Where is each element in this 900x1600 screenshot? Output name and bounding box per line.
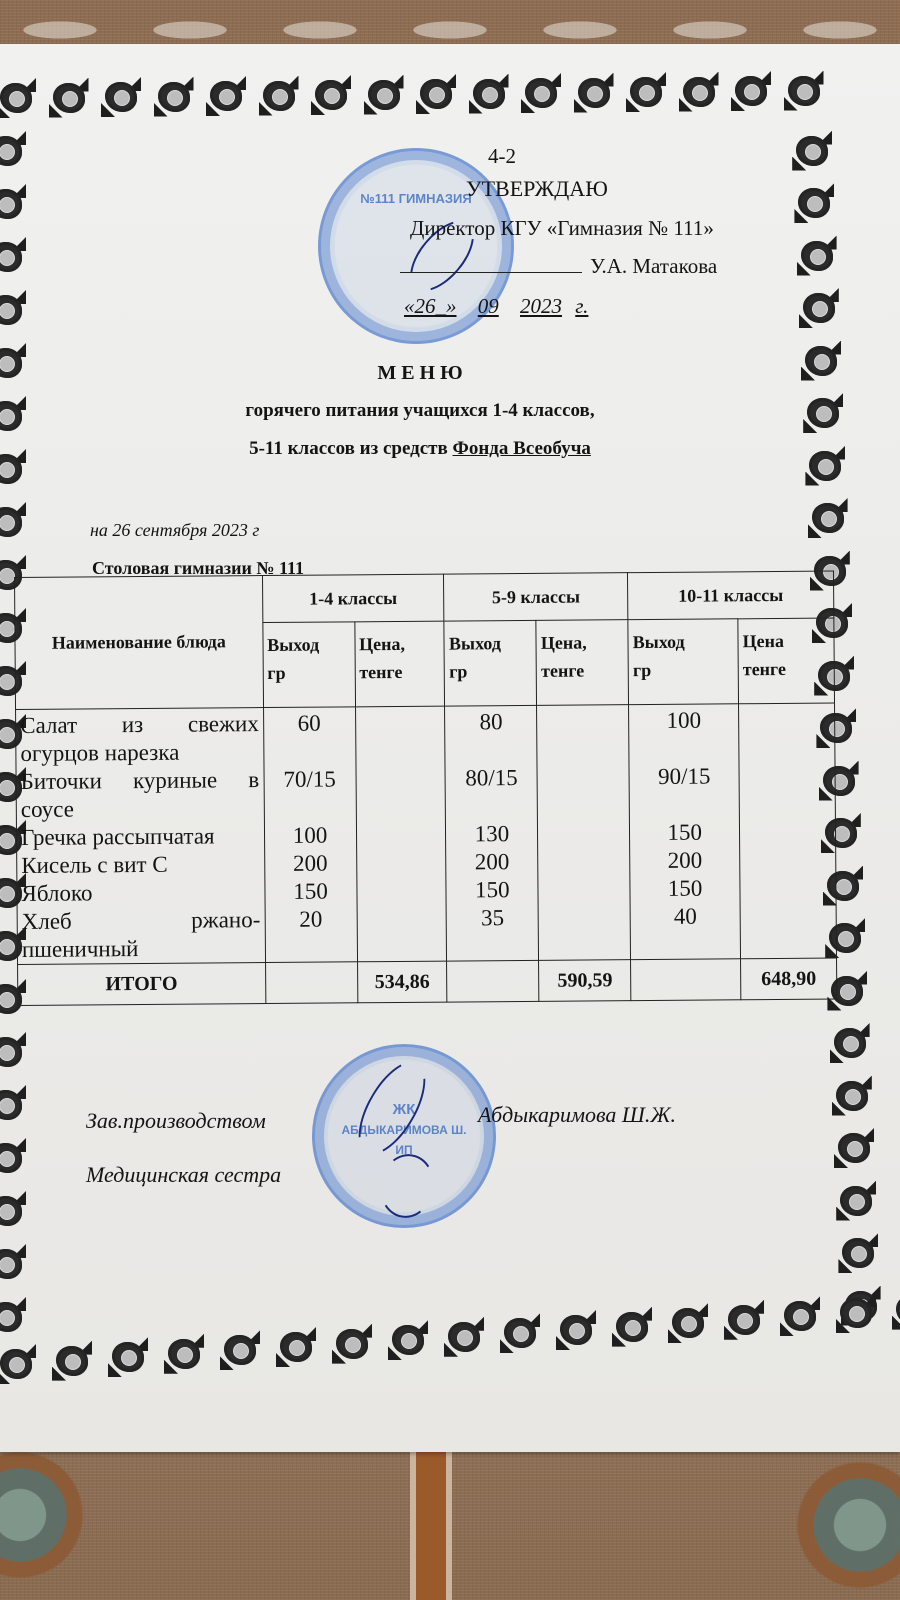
yields-10-11: 100 90/15 15020015040 (629, 704, 741, 960)
dish-name-line: пшеничный (22, 934, 261, 964)
yield-header: Выходгр (628, 619, 739, 705)
border-flower-icon (808, 498, 848, 538)
border-flower-icon (556, 1310, 596, 1350)
production-head-label: Зав.производством (86, 1108, 266, 1134)
border-flower-icon (49, 78, 89, 118)
menu-subtitle-1: горячего питания учащихся 1-4 классов, (0, 400, 840, 422)
border-flower-icon (521, 73, 561, 113)
approve-heading: УТВЕРЖДАЮ (466, 176, 608, 202)
prices-5-9 (537, 705, 631, 961)
border-flower-icon (332, 1324, 372, 1364)
dish-yield (451, 932, 534, 961)
dish-name-header: Наименование блюда (15, 576, 264, 710)
dish-yield: 40 (635, 902, 736, 931)
total-price-1-4: 534,86 (357, 961, 447, 1003)
border-flower-icon (0, 131, 26, 171)
border-flower-icon (679, 72, 719, 112)
border-flower-icon (0, 290, 26, 330)
border-flower-icon (574, 73, 614, 113)
border-flower-icon (724, 1300, 764, 1340)
border-flower-icon (154, 77, 194, 117)
dish-yield: 200 (451, 848, 534, 877)
dish-name-line: Биточки куриные в (20, 766, 259, 796)
dish-yield: 80/15 (450, 764, 533, 793)
dish-names-cell: Салат из свежихогурцов нарезкаБиточки ку… (16, 708, 266, 965)
border-flower-icon (0, 1344, 36, 1384)
prices-1-4 (355, 706, 447, 962)
dish-yield (450, 792, 533, 821)
dish-yield: 200 (269, 849, 352, 878)
dish-yield: 60 (268, 709, 351, 738)
dish-name-line: Кисель с вит С (21, 850, 260, 880)
border-flower-icon (668, 1303, 708, 1343)
dish-yield: 70/15 (268, 765, 351, 794)
border-flower-icon (0, 1297, 26, 1337)
dish-yield: 90/15 (634, 762, 735, 791)
yield-header: Выходгр (262, 622, 355, 708)
dish-yield: 150 (451, 876, 534, 905)
dish-yield: 150 (269, 877, 352, 906)
border-flower-icon (794, 183, 834, 223)
border-flower-icon (101, 77, 141, 117)
border-flower-icon (626, 72, 666, 112)
border-flower-icon (0, 184, 26, 224)
approver-name: У.А. Матакова (590, 254, 717, 278)
subtitle-prefix: 5-11 классов из средств (249, 438, 452, 459)
border-flower-icon (500, 1313, 540, 1353)
dish-name-line: соусе (21, 794, 260, 824)
date-month: 09 (462, 294, 515, 318)
nurse-label: Медицинская сестра (86, 1162, 281, 1188)
yield-header: Выходгр (444, 620, 537, 706)
yields-1-4: 60 70/15 10020015020 (263, 707, 357, 963)
menu-subtitle-2: 5-11 классов из средств Фонда Всеобуча (0, 438, 840, 460)
dish-yield (635, 930, 736, 959)
border-flower-icon (206, 76, 246, 116)
border-flower-icon (784, 71, 824, 111)
dish-name-line: Яблоко (21, 878, 260, 908)
total-yield-10-11 (631, 959, 741, 1001)
dish-yield: 150 (634, 818, 735, 847)
dish-yield (634, 790, 735, 819)
border-flower-icon (797, 236, 837, 276)
border-flower-icon (0, 78, 36, 118)
dish-yield: 200 (634, 846, 735, 875)
dish-yield (269, 933, 352, 962)
price-header: Цена,тенге (354, 621, 445, 707)
fund-name: Фонда Всеобуча (453, 438, 591, 459)
total-price-5-9: 590,59 (539, 960, 631, 1002)
dish-yield (450, 736, 533, 765)
border-flower-icon (892, 1290, 900, 1330)
border-flower-icon (364, 75, 404, 115)
border-flower-icon (838, 1233, 878, 1273)
dish-name-line: Хлеб ржано- (22, 906, 261, 936)
dish-yield: 150 (635, 874, 736, 903)
dish-yield: 100 (269, 821, 352, 850)
total-price-10-11: 648,90 (741, 958, 837, 1000)
dish-yield: 35 (451, 904, 534, 933)
approver-position: Директор КГУ «Гимназия № 111» (410, 216, 714, 241)
date-year: 2023 (520, 294, 562, 318)
dish-yield (633, 734, 734, 763)
group-header-10-11: 10-11 классы (628, 571, 834, 620)
dish-yield: 130 (450, 820, 533, 849)
border-flower-icon (444, 1317, 484, 1357)
dish-yield: 100 (633, 706, 734, 735)
border-flower-icon (780, 1296, 820, 1336)
total-yield-1-4 (265, 962, 357, 1004)
price-header: Цена,тенге (536, 620, 629, 706)
date-day: «26_» (404, 294, 457, 318)
border-flower-icon (0, 1032, 26, 1072)
border-flower-icon (259, 76, 299, 116)
border-flower-icon (792, 131, 832, 171)
border-flower-icon (832, 1076, 872, 1116)
border-flower-icon (388, 1320, 428, 1360)
border-flower-icon (164, 1334, 204, 1374)
border-flower-icon (276, 1327, 316, 1367)
border-flower-icon (799, 288, 839, 328)
lace-pattern-bottom (410, 1452, 452, 1600)
border-flower-icon (0, 1085, 26, 1125)
group-header-5-9: 5-9 классы (444, 573, 628, 621)
border-flower-icon (731, 71, 771, 111)
dish-name-line: Салат из свежих (20, 710, 259, 740)
border-flower-icon (612, 1307, 652, 1347)
group-header-1-4: 1-4 классы (262, 574, 444, 622)
menu-date: на 26 сентября 2023 г (90, 520, 259, 541)
border-flower-icon (0, 1138, 26, 1178)
border-flower-icon (836, 1181, 876, 1221)
total-yield-5-9 (447, 960, 539, 1002)
border-flower-icon (830, 1023, 870, 1063)
border-flower-icon (108, 1337, 148, 1377)
dish-yield (268, 793, 351, 822)
border-flower-icon (220, 1330, 260, 1370)
lace-pattern-top (0, 0, 900, 40)
production-head-name: Абдыкаримова Ш.Ж. (478, 1102, 676, 1128)
border-flower-icon (0, 502, 26, 542)
dish-yield (268, 737, 351, 766)
border-flower-icon (0, 1244, 26, 1284)
menu-table: Наименование блюда 1-4 классы 5-9 классы… (14, 571, 837, 1006)
approval-date: «26_» 09 2023 г. (404, 294, 588, 319)
border-flower-icon (52, 1341, 92, 1381)
border-flower-icon (416, 74, 456, 114)
prices-10-11 (739, 703, 837, 959)
page-code: 4-2 (488, 144, 516, 169)
total-label: ИТОГО (18, 963, 266, 1006)
price-header: Ценатенге (738, 618, 835, 704)
dish-name-line: огурцов нарезка (20, 738, 259, 768)
border-flower-icon (0, 237, 26, 277)
table-row-dishes: Салат из свежихогурцов нарезкаБиточки ку… (16, 703, 837, 964)
dish-yield: 20 (269, 905, 352, 934)
border-flower-icon (311, 75, 351, 115)
approver-signature-line: У.А. Матакова (400, 254, 717, 279)
border-flower-icon (0, 1191, 26, 1231)
yields-5-9: 80 80/15 13020015035 (445, 705, 539, 961)
border-flower-icon (469, 74, 509, 114)
menu-title: М Е Н Ю (0, 362, 840, 385)
border-flower-icon (836, 1293, 876, 1333)
dish-yield: 80 (449, 708, 532, 737)
date-suffix: г. (567, 294, 588, 318)
border-flower-icon (834, 1128, 874, 1168)
table-row-total: ИТОГО 534,86 590,59 648,90 (18, 958, 837, 1005)
dish-name-line: Гречка рассыпчатая (21, 822, 260, 852)
